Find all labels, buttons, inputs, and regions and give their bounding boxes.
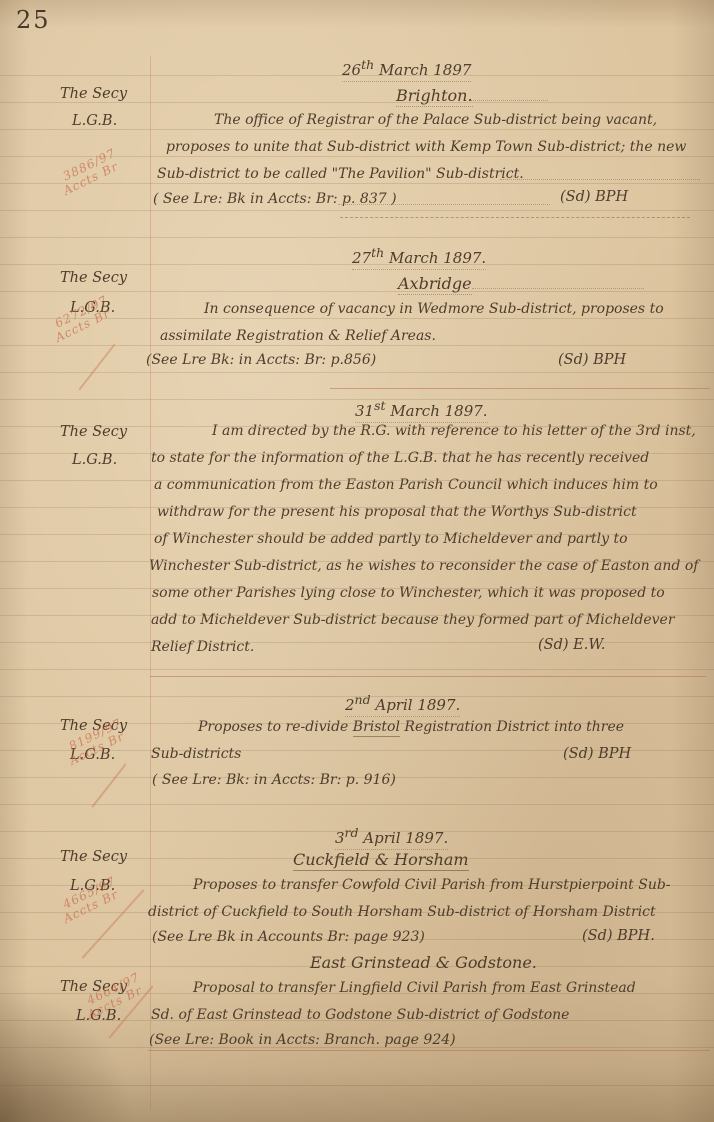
page-bottom-rule [0, 1085, 714, 1086]
entry-date: 3rd April 1897. [335, 825, 448, 847]
entry-heading: Cuckfield & Horsham [293, 850, 469, 869]
entry-line: assimilate Registration & Relief Areas. [160, 328, 436, 345]
entry-line: withdraw for the present his proposal th… [157, 504, 637, 521]
entry-line: In consequence of vacancy in Wedmore Sub… [204, 301, 664, 318]
entry-line: Winchester Sub-district, as he wishes to… [149, 558, 698, 575]
margin-label: The Secy [60, 424, 127, 441]
entry-ref-underline [148, 1050, 710, 1051]
margin-label: The Secy [60, 849, 127, 866]
dotted-leader [472, 288, 644, 289]
entry-separator [330, 388, 710, 389]
entry-separator [340, 217, 690, 218]
entry-line: Proposes to transfer Cowfold Civil Paris… [193, 877, 671, 894]
entry-date: 31st March 1897. [355, 398, 488, 420]
entry-line: Proposes to re-divide Bristol Registrati… [198, 719, 624, 736]
entry-signature: (Sd) BPH [563, 746, 631, 763]
ledger-page: 25 26th March 1897 Brighton. The Secy L.… [0, 0, 714, 1122]
dotted-leader [338, 204, 550, 205]
entry-line: a communication from the Easton Parish C… [154, 477, 658, 494]
entry-ref: ( See Lre: Bk in Accts: Br: p. 837 ) [153, 191, 397, 208]
entry-signature: (Sd) BPH [560, 189, 628, 206]
stamp-tick-mark [78, 344, 115, 391]
accounts-branch-stamp: 6272/97Accts Br [53, 294, 116, 342]
entry-line: Sd. of East Grinstead to Godstone Sub-di… [151, 1007, 569, 1024]
entry-date: 27th March 1897. [352, 245, 486, 267]
entry-signature: (Sd) E.W. [538, 637, 605, 654]
dotted-leader [470, 100, 548, 101]
margin-rule-vertical [150, 56, 151, 1110]
entry-line: to state for the information of the L.G.… [151, 450, 649, 467]
entry-line: Relief District. [151, 639, 254, 656]
entry-heading: Axbridge [398, 274, 472, 293]
entry-line: Sub-district to be called "The Pavilion"… [157, 166, 524, 183]
entry-ref: (See Lre: Book in Accts: Branch. page 92… [149, 1032, 456, 1049]
margin-label: L.G.B. [72, 452, 117, 469]
entry-line: district of Cuckfield to South Horsham S… [148, 904, 656, 921]
entry-line: add to Micheldever Sub-district because … [151, 612, 675, 629]
entry-heading: East Grinstead & Godstone. [310, 953, 537, 972]
stamp-tick-mark [91, 763, 126, 808]
entry-ref: (See Lre Bk in Accounts Br: page 923) [152, 929, 425, 946]
entry-signature: (Sd) BPH. [582, 928, 655, 945]
entry-date: 26th March 1897 [342, 57, 471, 79]
entry-line: some other Parishes lying close to Winch… [152, 585, 665, 602]
entry-line: The office of Registrar of the Palace Su… [214, 112, 657, 129]
entry-line: I am directed by the R.G. with reference… [212, 423, 696, 440]
margin-label: L.G.B. [72, 113, 117, 130]
entry-separator [150, 676, 706, 677]
entry-ref: ( See Lre: Bk: in Accts: Br: p. 916) [152, 772, 396, 789]
entry-signature: (Sd) BPH [558, 352, 626, 369]
margin-label: The Secy [60, 270, 127, 287]
entry-line: of Winchester should be added partly to … [154, 531, 628, 548]
entry-line: Sub-districts [151, 746, 241, 763]
entry-heading: Brighton. [396, 86, 473, 105]
entry-date: 2nd April 1897. [345, 692, 460, 714]
dotted-leader [500, 179, 700, 180]
entry-ref: (See Lre Bk: in Accts: Br: p.856) [146, 352, 376, 369]
margin-label: The Secy [60, 86, 127, 103]
entry-line: proposes to unite that Sub-district with… [166, 139, 686, 156]
page-number: 25 [16, 6, 51, 34]
entry-line: Proposal to transfer Lingfield Civil Par… [193, 980, 636, 997]
accounts-branch-stamp: 3886/97Accts Br [61, 147, 124, 195]
